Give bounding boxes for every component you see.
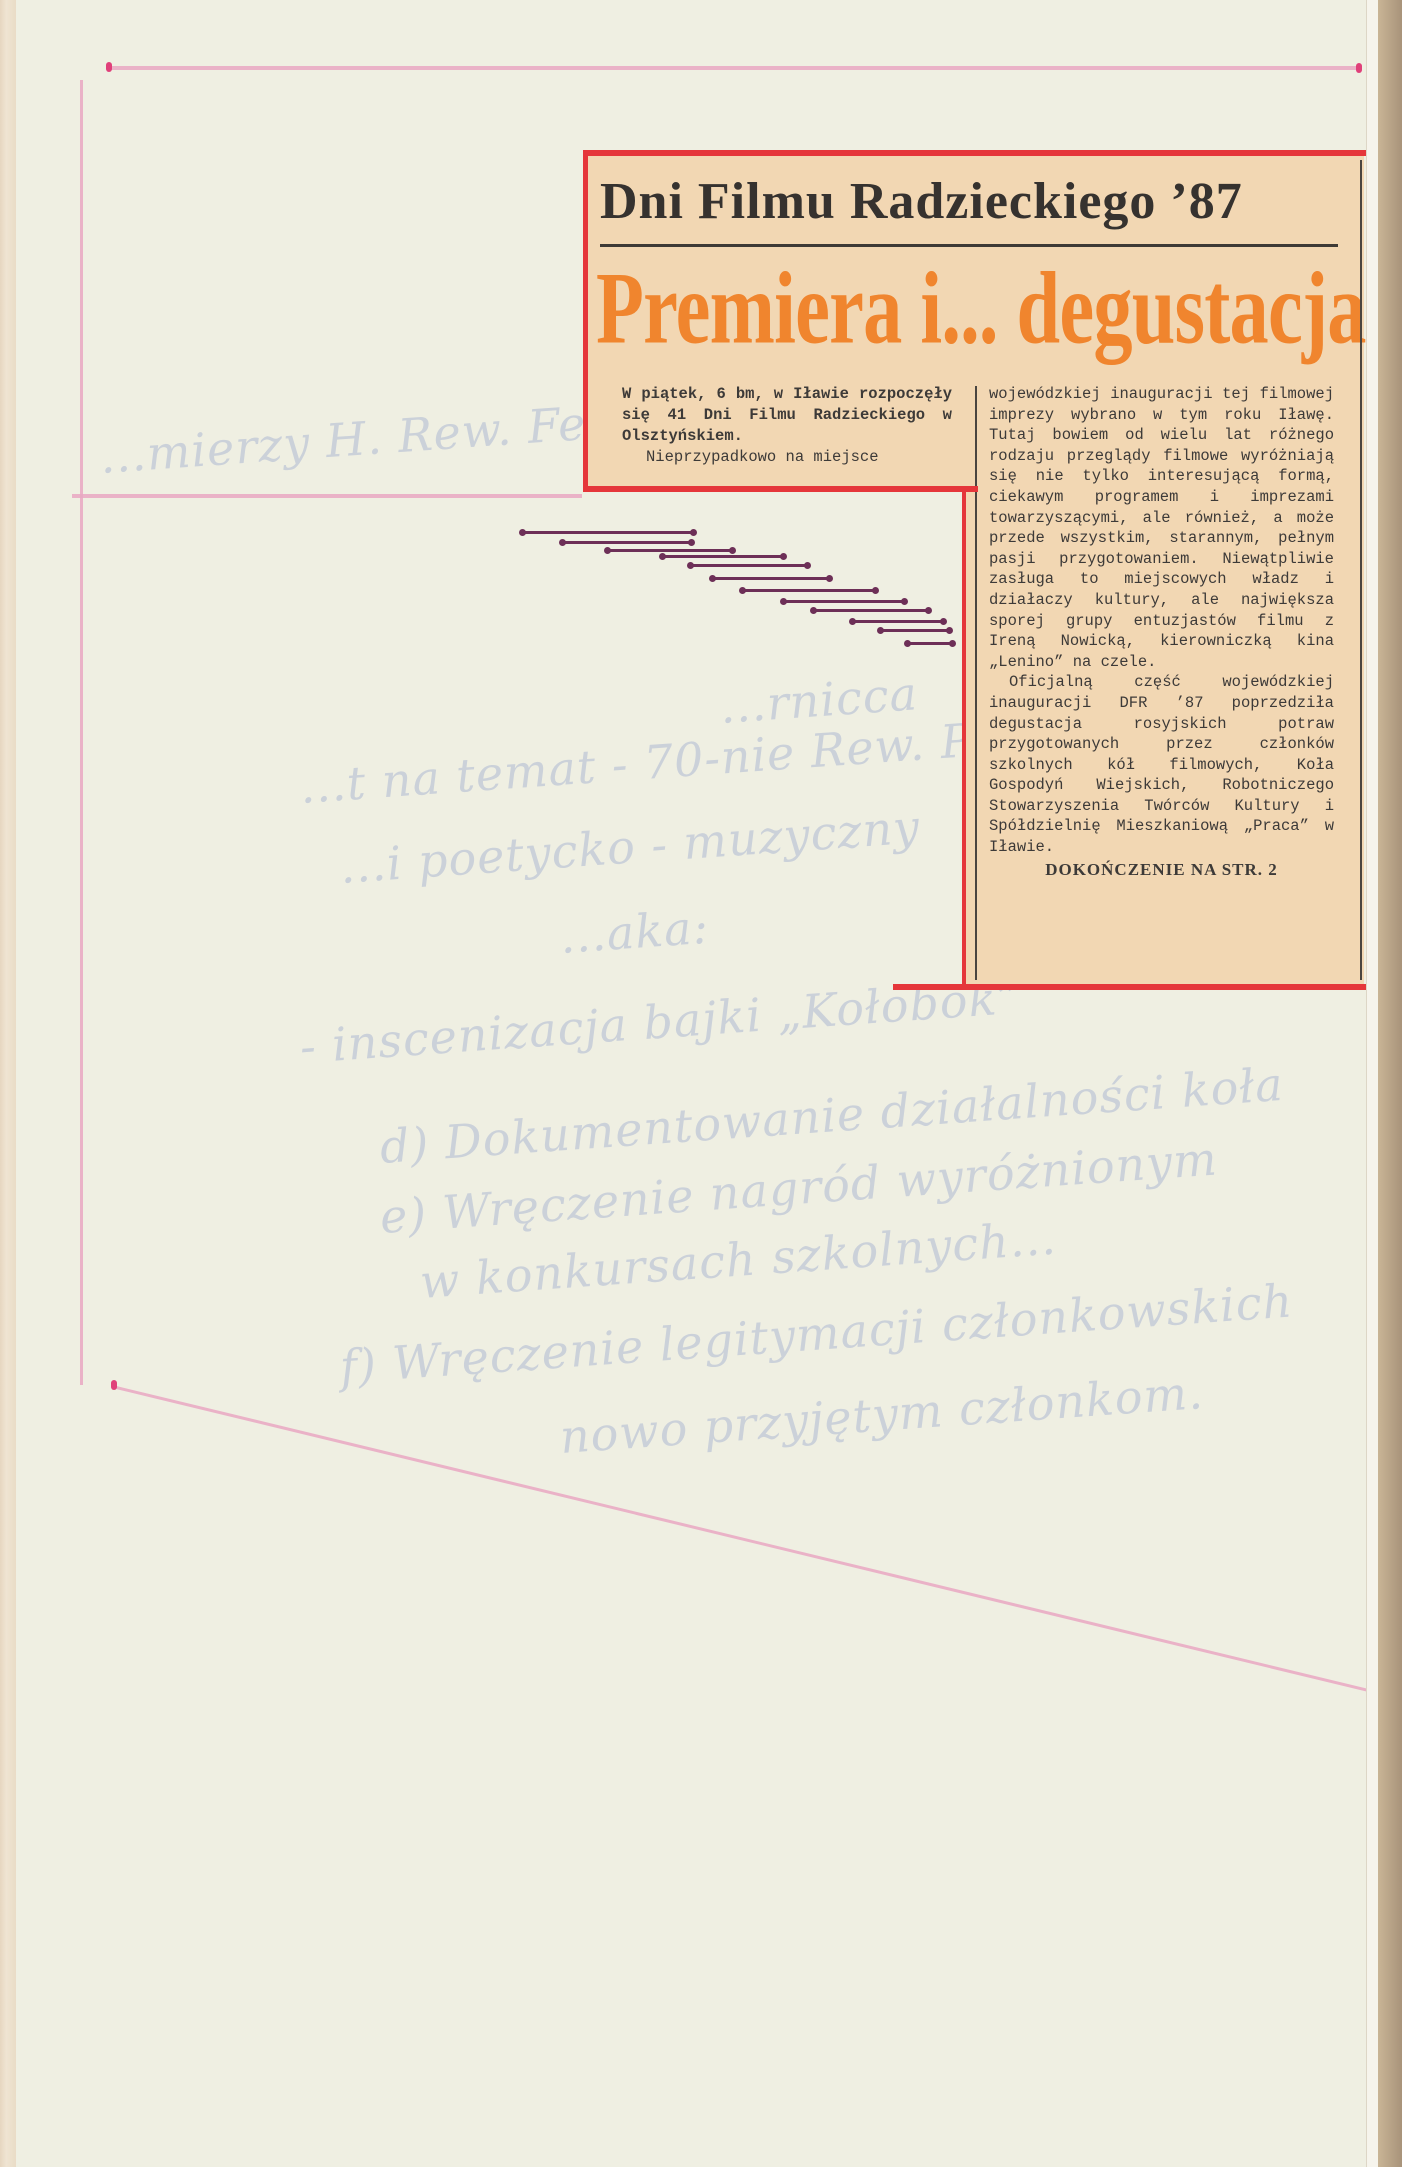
margin-dot <box>106 62 112 72</box>
book-binding <box>1378 0 1402 2167</box>
red-frame-inner-left <box>962 486 966 986</box>
margin-line-mid <box>72 494 582 498</box>
margin-line-left <box>80 80 83 1385</box>
clipping-lead-column: W piątek, 6 bm, w Iławie rozpoczęły się … <box>622 384 952 468</box>
pen-stroke <box>712 577 830 580</box>
column-divider <box>975 386 977 980</box>
pen-stroke <box>742 589 876 592</box>
lead-continuation: Nieprzypadkowo na miejsce <box>622 447 952 468</box>
clipping-body-column: wojewódzkiej inauguracji tej filmowej im… <box>989 384 1334 880</box>
pen-stroke <box>880 629 950 632</box>
margin-dot <box>1356 63 1362 73</box>
red-frame-top <box>583 150 1367 156</box>
red-frame-bottom <box>893 984 1367 990</box>
body-paragraph-2: Oficjalną część wojewódzkiej inauguracji… <box>989 672 1334 857</box>
pen-stroke <box>813 609 929 612</box>
margin-line-top <box>108 66 1358 70</box>
pen-stroke <box>783 600 905 603</box>
pen-stroke <box>852 620 944 623</box>
bleed-through-line: ...aka: <box>558 900 710 964</box>
scrapbook-page: ...mierzy H. Rew. Ferdz. ...rnicca ...t … <box>0 0 1370 2167</box>
clipping-kicker: Dni Filmu Radzieckiego ’87 <box>600 172 1340 231</box>
red-frame-left <box>583 150 588 492</box>
pen-stroke <box>662 555 784 558</box>
clipping-right-edge <box>1360 160 1362 980</box>
margin-dot <box>111 1380 117 1390</box>
pen-stroke <box>907 642 953 645</box>
clipping-headline: Premiera i... degustacja <box>596 250 1196 368</box>
pen-stroke <box>607 549 733 552</box>
bleed-through-line: nowo przyjętym członkom. <box>558 1365 1205 1464</box>
body-paragraph-1: wojewódzkiej inauguracji tej filmowej im… <box>989 384 1334 672</box>
red-frame-mid <box>583 486 978 492</box>
page-stack-left-edge <box>0 0 16 2167</box>
pen-stroke <box>562 541 692 544</box>
pen-stroke <box>690 564 808 567</box>
continuation-note: DOKOŃCZENIE NA STR. 2 <box>989 860 1334 881</box>
lead-paragraph: W piątek, 6 bm, w Iławie rozpoczęły się … <box>622 384 952 447</box>
bleed-through-line: ...i poetycko - muzyczny <box>338 800 922 894</box>
pen-stroke <box>522 531 694 534</box>
kicker-rule <box>600 244 1338 247</box>
